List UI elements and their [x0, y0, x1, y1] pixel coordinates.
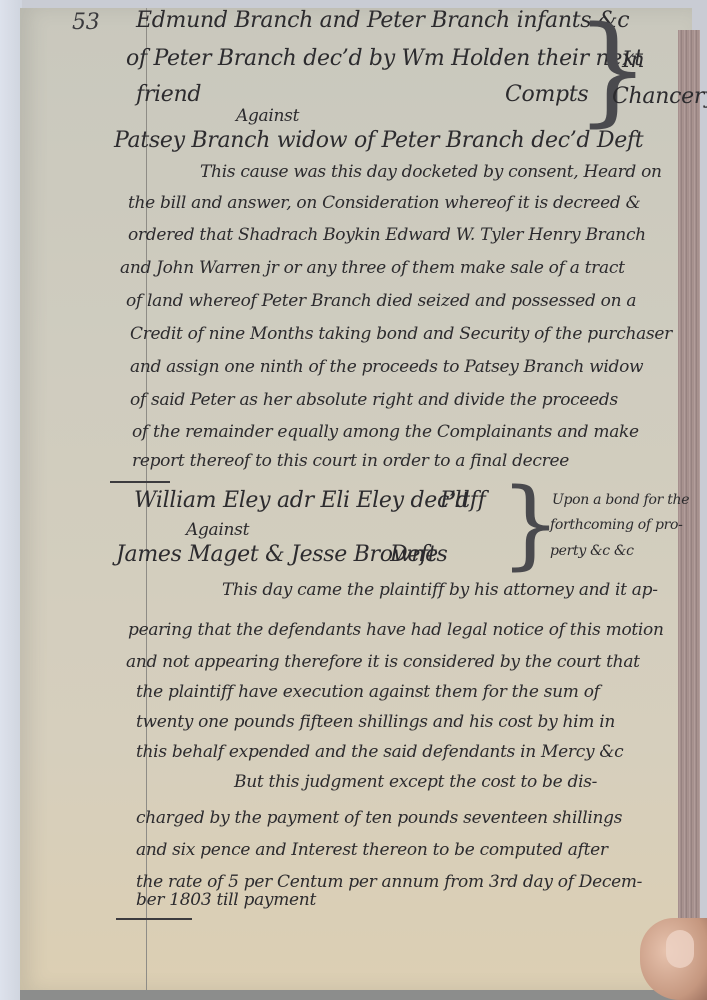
- case2-note-line: forthcoming of pro-: [550, 517, 683, 533]
- defendant-label: Defts: [390, 542, 447, 567]
- page-shadow: [20, 990, 680, 1000]
- case1-body-line: This cause was this day docketed by cons…: [200, 162, 662, 182]
- case2-body-line: and six pence and Interest thereon to be…: [136, 840, 608, 860]
- case1-body-line: Credit of nine Months taking bond and Se…: [130, 324, 672, 344]
- case1-caption-line-2: of Peter Branch dec’d by Wm Holden their…: [126, 46, 643, 71]
- end-divider: [116, 918, 192, 920]
- page-stack-edge: [678, 30, 700, 940]
- case1-caption-line-1: Edmund Branch and Peter Branch infants &…: [136, 8, 629, 33]
- case1-body-line: and assign one ninth of the proceeds to …: [130, 357, 643, 377]
- case2-body-line: This day came the plaintiff by his attor…: [222, 580, 658, 600]
- case1-body-line: of land whereof Peter Branch died seized…: [126, 291, 636, 311]
- court-label-in: In: [622, 48, 644, 73]
- case2-body-line: ber 1803 till payment: [136, 890, 316, 910]
- case2-body-line: the plaintiff have execution against the…: [136, 682, 600, 702]
- case1-body-line: the bill and answer, on Consideration wh…: [128, 193, 640, 213]
- page-number: 53: [72, 10, 99, 35]
- case2-body-line: and not appearing therefore it is consid…: [126, 652, 640, 672]
- case1-body-line: of said Peter as her absolute right and …: [130, 390, 618, 410]
- case2-against: Against: [186, 520, 249, 540]
- case2-plaintiff: William Eley adr Eli Eley dec’d: [134, 488, 469, 513]
- case2-note-line: perty &c &c: [550, 543, 634, 559]
- case2-body-line: But this judgment except the cost to be …: [234, 772, 597, 792]
- section-divider: [110, 481, 170, 483]
- case2-note-line: Upon a bond for the: [552, 492, 689, 508]
- case2-body-line: this behalf expended and the said defend…: [136, 742, 623, 762]
- case2-body-line: pearing that the defendants have had leg…: [128, 620, 664, 640]
- case1-caption-line-3: friend: [136, 82, 201, 107]
- court-label-chancery: Chancery: [612, 84, 707, 109]
- case1-body-line: of the remainder equally among the Compl…: [132, 422, 639, 442]
- case1-body-line: and John Warren jr or any three of them …: [120, 258, 625, 278]
- case2-body-line: charged by the payment of ten pounds sev…: [136, 808, 622, 828]
- case1-body-line: ordered that Shadrach Boykin Edward W. T…: [128, 225, 646, 245]
- case2-body-line: twenty one pounds fifteen shillings and …: [136, 712, 615, 732]
- adjacent-page-edge: [0, 0, 22, 1000]
- case1-defendant: Patsey Branch widow of Peter Branch dec’…: [114, 128, 643, 153]
- thumbnail-highlight: [666, 930, 694, 968]
- case2-body-line: the rate of 5 per Centum per annum from …: [136, 872, 642, 892]
- plaintiff-label: Pltff: [440, 488, 485, 513]
- case1-against: Against: [236, 106, 299, 126]
